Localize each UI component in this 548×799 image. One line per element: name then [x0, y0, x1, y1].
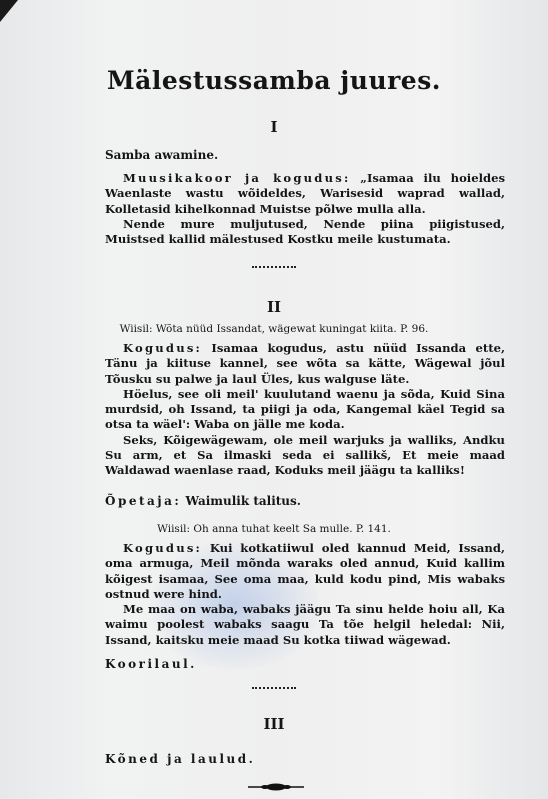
item: Waimulik talitus. [186, 494, 301, 508]
page-title: Mälestussamba juures. [0, 66, 548, 95]
officiant-line: Õpetaja: Waimulik talitus. [105, 494, 301, 508]
speaker-label: Kogudus: [123, 341, 202, 355]
document-page: Mälestussamba juures. I Samba awamine. M… [0, 0, 548, 799]
speaker-label: Kogudus: [123, 541, 202, 555]
section-heading-3: Kõned ja laulud. [105, 752, 255, 766]
tune-note: Wiisil: Oh anna tuhat keelt Sa mulle. P.… [0, 523, 548, 535]
end-ornament [248, 783, 304, 791]
divider-ornament [252, 683, 296, 689]
torn-corner [0, 0, 18, 22]
section-numeral-1: I [0, 118, 548, 136]
stanza: Nende mure muljutused, Nende piina piigi… [105, 217, 505, 248]
tune-note: Wiisil: Wõta nüüd Issandat, wägewat kuni… [0, 323, 548, 335]
speaker-label: Muusikakoor ja kogudus: [123, 171, 350, 185]
stanza: Seks, Kõigewägewam, ole meil warjuks ja … [105, 433, 505, 479]
section-2-text: Kogudus: Isamaa kogudus, astu nüüd Issan… [105, 341, 505, 479]
section-numeral-3: III [0, 715, 548, 733]
section-1-text: Muusikakoor ja kogudus: „Isamaa ilu hoie… [105, 171, 505, 247]
stanza: Höelus, see oli meil' kuulutand waenu ja… [105, 387, 505, 433]
speaker-label: Õpetaja: [105, 494, 181, 508]
choir-song: Koorilaul. [105, 657, 197, 671]
divider-ornament [252, 262, 296, 268]
stanza: Me maa on waba, wabaks jäägu Ta sinu hel… [105, 602, 505, 648]
section-heading-1: Samba awamine. [105, 148, 218, 162]
section-numeral-2: II [0, 298, 548, 316]
section-2b-text: Kogudus: Kui kotkatiiwul oled kannud Mei… [105, 541, 505, 648]
